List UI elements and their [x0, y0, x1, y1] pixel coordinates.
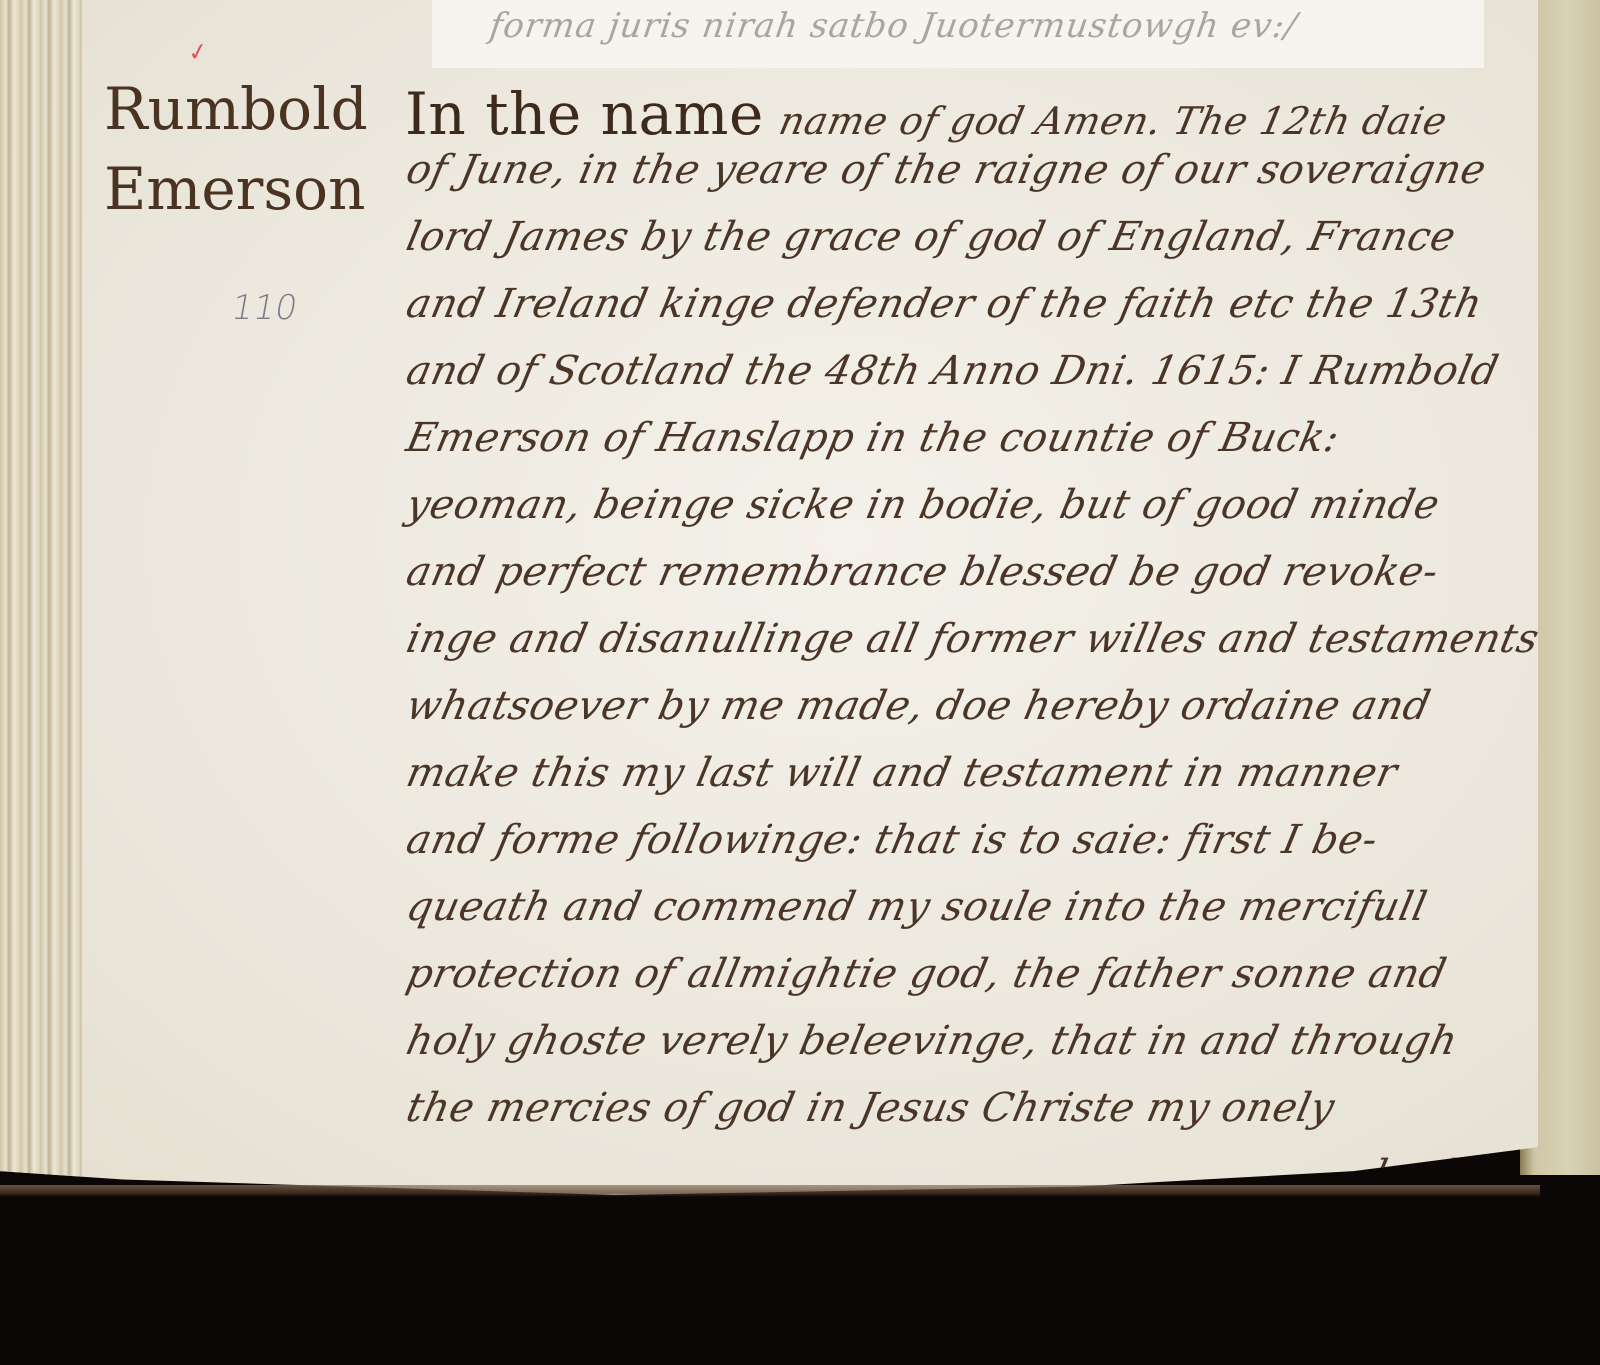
margin-name-last: Emerson	[104, 160, 365, 218]
top-strip-text: forma juris nirah satbo Juotermustowgh e…	[487, 6, 1300, 46]
text-line-4: and Ireland kinge defender of the faith …	[398, 281, 1517, 348]
text-line-7: yeoman, beinge sicke in bodie, but of go…	[398, 482, 1517, 549]
text-line-15: holy ghoste verely beleevinge, that in a…	[398, 1018, 1517, 1085]
red-check-mark-icon: ✓	[186, 36, 211, 67]
text-line-6: Emerson of Hanslapp in the countie of Bu…	[398, 415, 1517, 482]
text-line-3: lord James by the grace of god of Englan…	[398, 214, 1517, 281]
text-line-9: inge and disanullinge all former willes …	[398, 616, 1517, 683]
manuscript-page: forma juris nirah satbo Juotermustowgh e…	[0, 0, 1538, 1195]
text-line-8: and perfect remembrance blessed be god r…	[398, 549, 1517, 616]
text-line-13: queath and commend my soule into the mer…	[398, 884, 1517, 951]
will-body-text: In the name name of god Amen. The 12th d…	[405, 80, 1510, 1202]
page-bottom-edge	[0, 1185, 1540, 1197]
text-line-12: and forme followinge: that is to saie: f…	[398, 817, 1517, 884]
opening-words: In the name	[405, 80, 764, 148]
text-line-11: make this my last will and testament in …	[398, 750, 1517, 817]
text-line-1: In the name name of god Amen. The 12th d…	[405, 80, 1510, 147]
text-line-2: of June, in the yeare of the raigne of o…	[398, 147, 1517, 214]
page-gutter-edges	[0, 0, 82, 1190]
text-line-14: protection of allmightie god, the father…	[398, 951, 1517, 1018]
text-line-16: the mercies of god in Jesus Christe my o…	[398, 1085, 1517, 1152]
text-line-10: whatsoever by me made, doe hereby ordain…	[398, 683, 1517, 750]
folio-number: 110	[228, 288, 300, 328]
line-text: name of god Amen. The 12th daie	[776, 99, 1452, 143]
margin-name-first: Rumbold	[104, 80, 368, 138]
text-line-5: and of Scotland the 48th Anno Dni. 1615:…	[398, 348, 1517, 415]
